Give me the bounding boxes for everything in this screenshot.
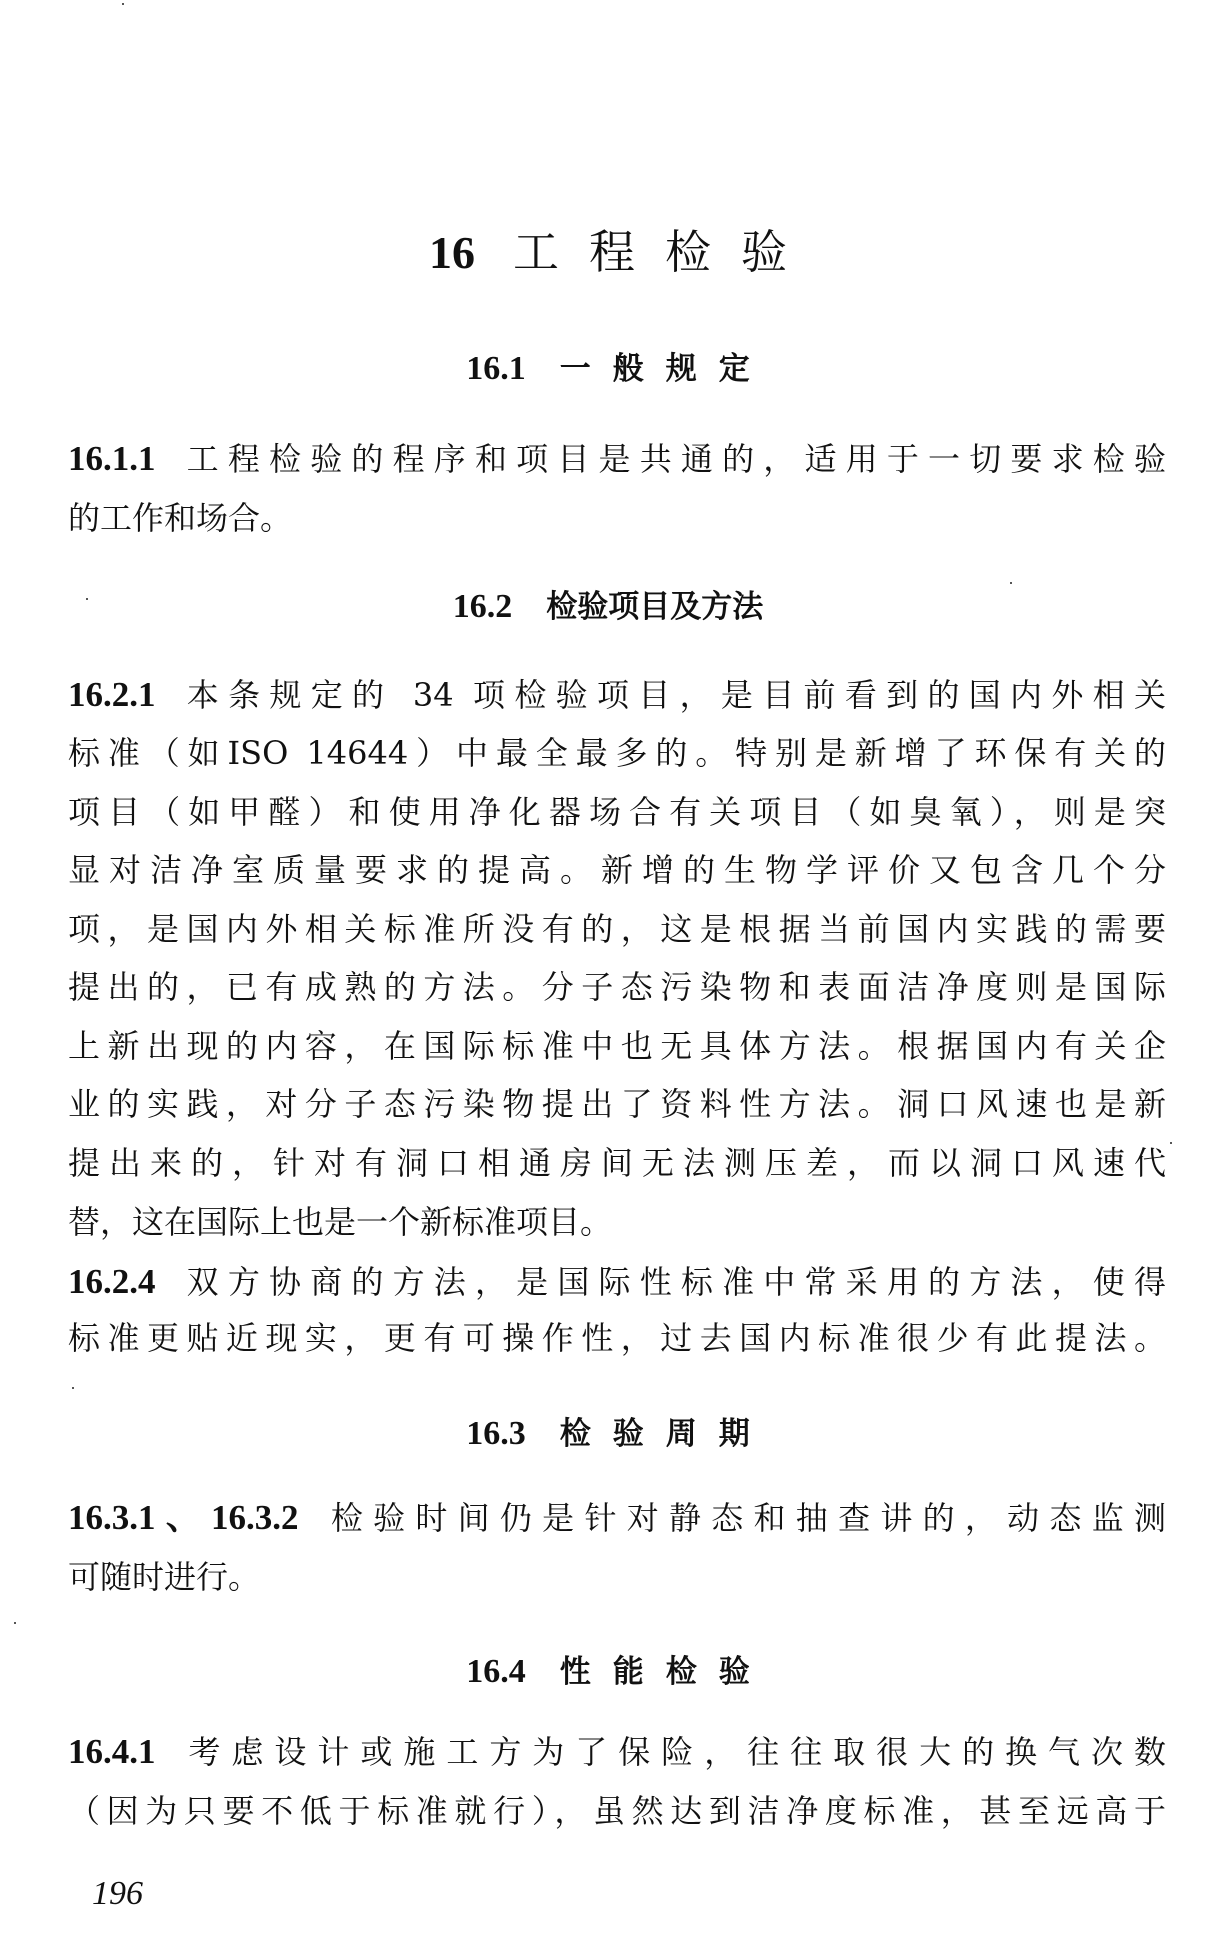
- clause-16-2-1-line-7: 上新出现的内容，在国际标准中也无具体方法。根据国内有关企: [68, 1026, 1166, 1066]
- clause-16-2-1-line-4: 显对洁净室质量要求的提高。新增的生物学评价又包含几个分: [68, 850, 1166, 890]
- clause-text: 项，是国内外相关标准所没有的，这是根据当前国内实践的需要: [68, 910, 1166, 948]
- clause-number: 16.3.1、16.3.2: [68, 1498, 299, 1537]
- scan-speck: [1010, 582, 1012, 584]
- clause-text: 提出来的，针对有洞口相通房间无法测压差，而以洞口风速代: [68, 1144, 1166, 1182]
- clause-text: 双方协商的方法，是国际性标准中常采用的方法，使得: [178, 1263, 1167, 1301]
- scan-speck: [14, 1622, 16, 1624]
- clause-number: 16.2.4: [68, 1262, 156, 1301]
- section-heading-16-4: 16.4性能检验: [0, 1652, 1216, 1692]
- clause-16-2-4-line-2: 标准更贴近现实，更有可操作性，过去国内标准很少有此提法。: [68, 1318, 1166, 1358]
- clause-16-3-1-line-2: 可随时进行。: [68, 1557, 1166, 1597]
- clause-16-2-1-line-8: 业的实践，对分子态污染物提出了资料性方法。洞口风速也是新: [68, 1084, 1166, 1124]
- section-title: 检验周期: [560, 1416, 772, 1452]
- clause-16-2-1-line-10: 替，这在国际上也是一个新标准项目。: [68, 1202, 1166, 1242]
- clause-text: 检验时间仍是针对静态和抽查讲的，动态监测: [321, 1499, 1166, 1537]
- section-heading-16-3: 16.3检验周期: [0, 1414, 1216, 1454]
- clause-16-1-1-line-2: 的工作和场合。: [68, 498, 1166, 538]
- clause-16-4-1-line-1: 16.4.1考虑设计或施工方为了保险，往往取很大的换气次数: [68, 1732, 1166, 1772]
- clause-16-2-1-line-6: 提出的，已有成熟的方法。分子态污染物和表面洁净度则是国际: [68, 967, 1166, 1007]
- clause-text: 提出的，已有成熟的方法。分子态污染物和表面洁净度则是国际: [68, 968, 1166, 1006]
- section-number: 16.2: [453, 588, 513, 625]
- clause-text: 标准更贴近现实，更有可操作性，过去国内标准很少有此提法。: [68, 1319, 1166, 1357]
- clause-text: 项目（如甲醛）和使用净化器场合有关项目（如臭氧），则是突: [68, 793, 1166, 831]
- chapter-title: 16工程检验: [0, 222, 1216, 283]
- clause-number: 16.1.1: [68, 439, 156, 478]
- clause-16-2-1-line-5: 项，是国内外相关标准所没有的，这是根据当前国内实践的需要: [68, 909, 1166, 949]
- clause-text: 替，这在国际上也是一个新标准项目。: [68, 1203, 612, 1241]
- clause-text: 显对洁净室质量要求的提高。新增的生物学评价又包含几个分: [68, 851, 1166, 889]
- clause-16-3-1-line-1: 16.3.1、16.3.2检验时间仍是针对静态和抽查讲的，动态监测: [68, 1498, 1166, 1538]
- clause-text: （因为只要不低于标准就行），虽然达到洁净度标准，甚至远高于: [68, 1792, 1166, 1830]
- scan-speck: [86, 598, 88, 600]
- clause-16-4-1-line-2: （因为只要不低于标准就行），虽然达到洁净度标准，甚至远高于: [68, 1791, 1166, 1831]
- clause-16-2-1-line-3: 项目（如甲醛）和使用净化器场合有关项目（如臭氧），则是突: [68, 792, 1166, 832]
- clause-text: 业的实践，对分子态污染物提出了资料性方法。洞口风速也是新: [68, 1085, 1166, 1123]
- clause-text: 标准（如ISO 14644）中最全最多的。特别是新增了环保有关的: [68, 734, 1166, 772]
- section-title: 性能检验: [560, 1654, 772, 1690]
- clause-16-2-4-line-1: 16.2.4双方协商的方法，是国际性标准中常采用的方法，使得: [68, 1262, 1166, 1302]
- scan-speck: [1170, 1142, 1172, 1144]
- section-title: 一般规定: [560, 351, 772, 387]
- clause-number: 16.2.1: [68, 675, 156, 714]
- clause-16-2-1-line-9: 提出来的，针对有洞口相通房间无法测压差，而以洞口风速代: [68, 1143, 1166, 1183]
- section-number: 16.3: [466, 1415, 526, 1452]
- section-heading-16-1: 16.1一般规定: [0, 349, 1216, 389]
- section-number: 16.1: [466, 350, 526, 387]
- chapter-number: 16: [429, 227, 475, 278]
- clause-text: 可随时进行。: [68, 1558, 260, 1596]
- clause-16-1-1-line-1: 16.1.1工程检验的程序和项目是共通的，适用于一切要求检验: [68, 439, 1166, 479]
- clause-text: 上新出现的内容，在国际标准中也无具体方法。根据国内有关企: [68, 1027, 1166, 1065]
- clause-16-2-1-line-2: 标准（如ISO 14644）中最全最多的。特别是新增了环保有关的: [68, 733, 1166, 773]
- document-page: 16工程检验 16.1一般规定 16.1.1工程检验的程序和项目是共通的，适用于…: [0, 0, 1216, 1950]
- clause-text: 本条规定的 34 项检验项目，是目前看到的国内外相关: [178, 676, 1167, 714]
- section-number: 16.4: [466, 1653, 526, 1690]
- clause-number: 16.4.1: [68, 1732, 156, 1771]
- clause-16-2-1-line-1: 16.2.1本条规定的 34 项检验项目，是目前看到的国内外相关: [68, 675, 1166, 715]
- clause-text: 考虑设计或施工方为了保险，往往取很大的换气次数: [178, 1733, 1167, 1771]
- clause-text: 的工作和场合。: [68, 499, 292, 537]
- section-title: 检验项目及方法: [546, 589, 763, 625]
- section-heading-16-2: 16.2检验项目及方法: [0, 587, 1216, 627]
- chapter-title-text: 工程检验: [513, 225, 817, 279]
- clause-text: 工程检验的程序和项目是共通的，适用于一切要求检验: [178, 440, 1167, 478]
- page-number: 196: [92, 1874, 143, 1914]
- scan-speck: [72, 1387, 74, 1389]
- scan-speck: [122, 3, 124, 5]
